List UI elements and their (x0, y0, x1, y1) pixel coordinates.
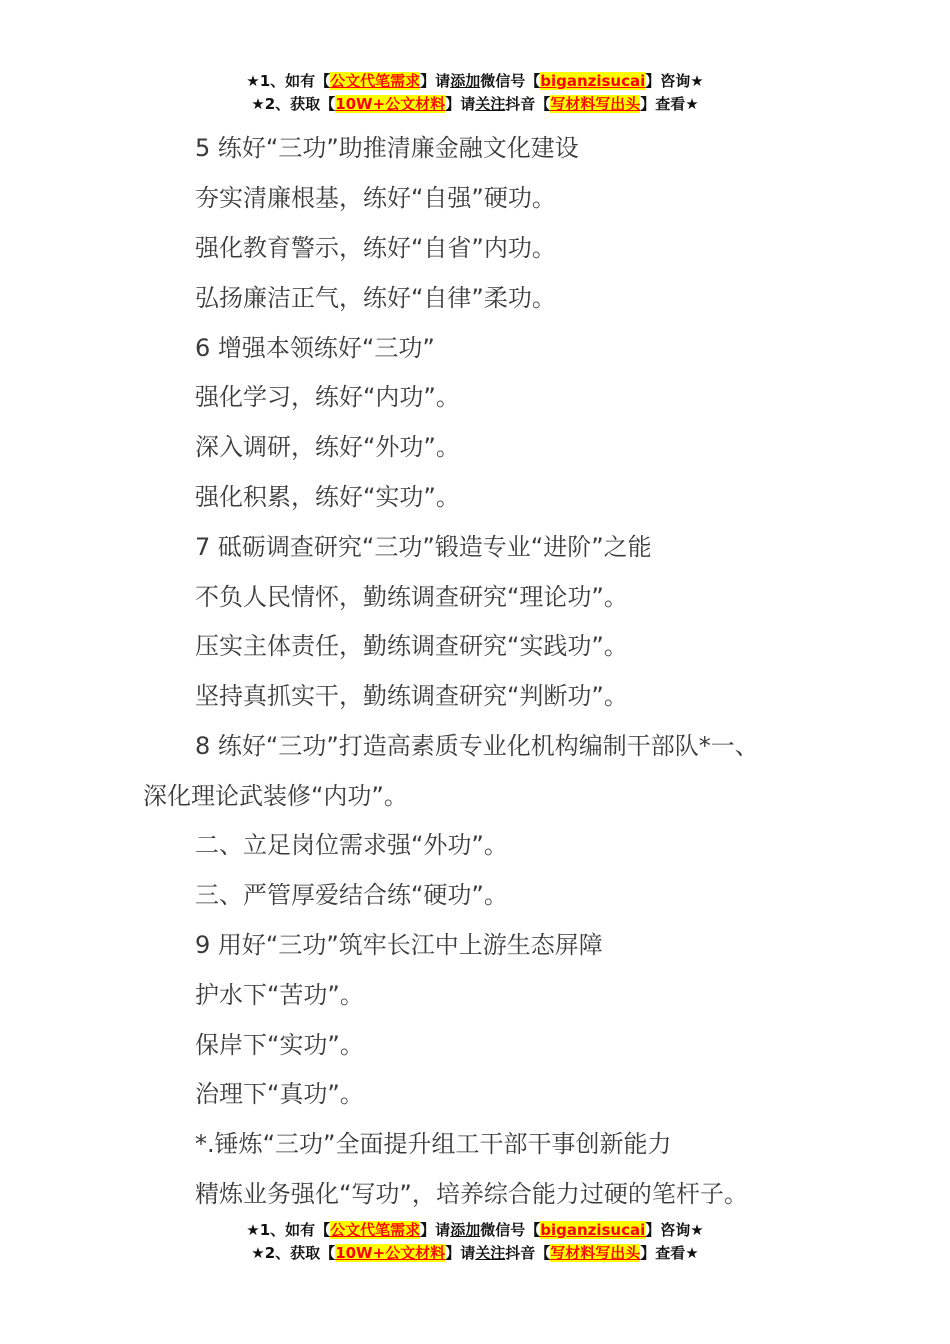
banner-text: 】咨询★ (645, 1221, 703, 1239)
highlight-douyin-account: 写材料写出头 (550, 1244, 640, 1262)
banner-text: ★2、获取【 (251, 95, 335, 113)
banner-text: 】咨询★ (645, 72, 703, 90)
section-heading: 7 砥砺调查研究“三功”锻造专业“进阶”之能 (195, 527, 652, 562)
underlined-text: 添加 (450, 72, 480, 90)
highlight-service: 公文代笔需求 (330, 1221, 420, 1239)
banner-text: 抖音【 (505, 95, 550, 113)
banner-text: 】查看★ (640, 1244, 698, 1262)
underlined-text: 关注 (475, 95, 505, 113)
banner-text: 】请 (445, 1244, 475, 1262)
paragraph: 三、严管厚爱结合练“硬功”。 (195, 875, 508, 910)
paragraph: 治理下“真功”。 (195, 1074, 364, 1109)
section-heading: 5 练好“三功”助推清廉金融文化建设 (195, 128, 579, 163)
paragraph: 夯实清廉根基，练好“自强”硬功。 (195, 178, 556, 213)
highlight-wechat-id: biganzisucai (540, 1221, 645, 1239)
banner-text: ★1、如有【 (246, 1221, 330, 1239)
section-heading: 6 增强本领练好“三功” (195, 328, 435, 363)
paragraph: 强化教育警示，练好“自省”内功。 (195, 228, 556, 263)
paragraph: 坚持真抓实干，勤练调查研究“判断功”。 (195, 676, 628, 711)
banner-text: 抖音【 (505, 1244, 550, 1262)
header-banner: ★1、如有【公文代笔需求】请添加微信号【biganzisucai】咨询★ ★2、… (0, 70, 950, 116)
underlined-text: 关注 (475, 1244, 505, 1262)
banner-text: 微信号【 (480, 1221, 540, 1239)
banner-text: 】请 (420, 1221, 450, 1239)
paragraph: 不负人民情怀，勤练调查研究“理论功”。 (195, 577, 628, 612)
highlight-materials: 10W+公文材料 (335, 95, 445, 113)
paragraph: 保岸下“实功”。 (195, 1025, 364, 1060)
highlight-douyin-account: 写材料写出头 (550, 95, 640, 113)
banner-text: ★1、如有【 (246, 72, 330, 90)
paragraph: 强化学习，练好“内功”。 (195, 377, 460, 412)
paragraph: 强化积累，练好“实功”。 (195, 477, 460, 512)
paragraph: 二、立足岗位需求强“外功”。 (195, 825, 508, 860)
banner-line-2: ★2、获取【10W+公文材料】请关注抖音【写材料写出头】查看★ (0, 1242, 950, 1265)
section-heading: 9 用好“三功”筑牢长江中上游生态屏障 (195, 925, 603, 960)
banner-text: 】请 (445, 95, 475, 113)
section-heading: 8 练好“三功”打造高素质专业化机构编制干部队*一、 (195, 726, 759, 761)
banner-text: 】查看★ (640, 95, 698, 113)
section-heading: *.锤炼“三功”全面提升组工干部干事创新能力 (195, 1124, 672, 1159)
paragraph: 深入调研，练好“外功”。 (195, 427, 460, 462)
paragraph: 弘扬廉洁正气，练好“自律”柔功。 (195, 278, 556, 313)
highlight-service: 公文代笔需求 (330, 72, 420, 90)
banner-text: 微信号【 (480, 72, 540, 90)
banner-line-1: ★1、如有【公文代笔需求】请添加微信号【biganzisucai】咨询★ (0, 1219, 950, 1242)
underlined-text: 添加 (450, 1221, 480, 1239)
paragraph: 精炼业务强化“写功”，培养综合能力过硬的笔杆子。 (195, 1174, 748, 1209)
highlight-wechat-id: biganzisucai (540, 72, 645, 90)
banner-line-2: ★2、获取【10W+公文材料】请关注抖音【写材料写出头】查看★ (0, 93, 950, 116)
banner-text: ★2、获取【 (251, 1244, 335, 1262)
banner-line-1: ★1、如有【公文代笔需求】请添加微信号【biganzisucai】咨询★ (0, 70, 950, 93)
highlight-materials: 10W+公文材料 (335, 1244, 445, 1262)
paragraph: 护水下“苦功”。 (195, 975, 364, 1010)
footer-banner: ★1、如有【公文代笔需求】请添加微信号【biganzisucai】咨询★ ★2、… (0, 1219, 950, 1265)
paragraph: 深化理论武装修“内功”。 (143, 776, 408, 811)
paragraph: 压实主体责任，勤练调查研究“实践功”。 (195, 626, 628, 661)
banner-text: 】请 (420, 72, 450, 90)
